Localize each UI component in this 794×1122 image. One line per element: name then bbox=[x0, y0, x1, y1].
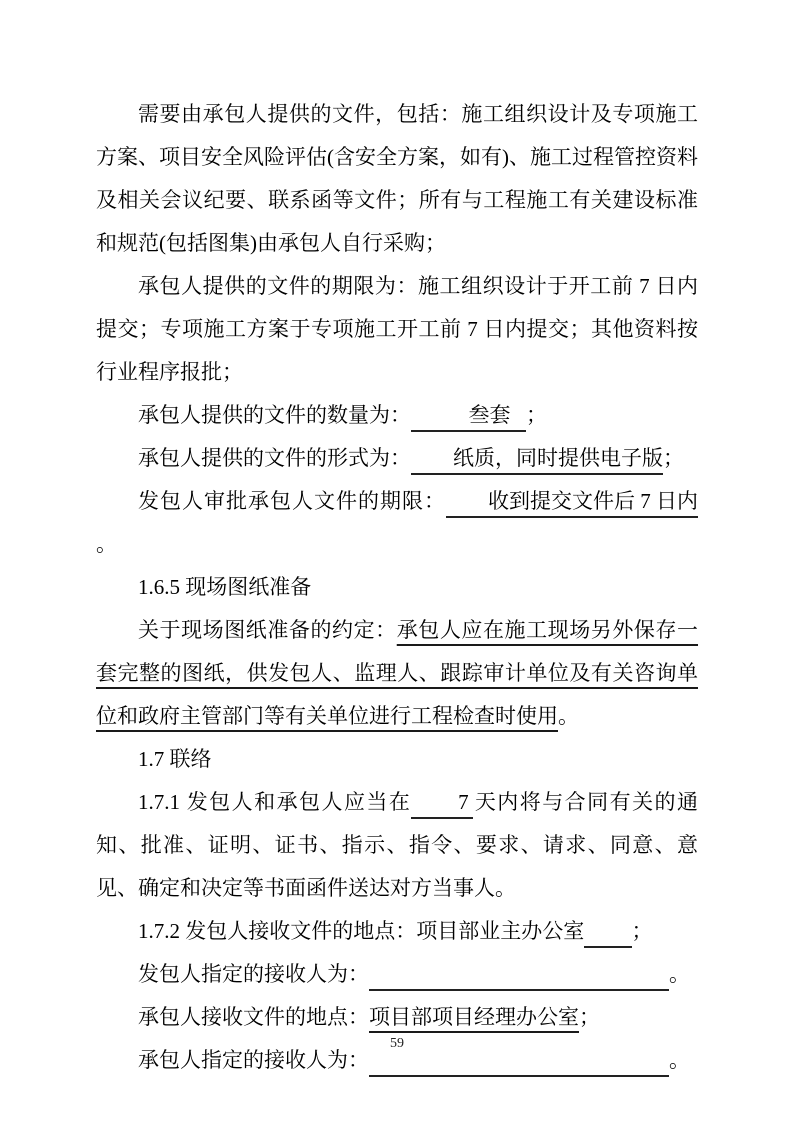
text-run: 1.6.5 现场图纸准备 bbox=[138, 575, 311, 599]
contract-page: 需要由承包人提供的文件，包括：施工组织设计及专项施工方案、项目安全风险评估(含安… bbox=[0, 0, 794, 1122]
line-contractor-receiving-address: 承包人接收文件的地点：项目部项目经理办公室； bbox=[96, 996, 698, 1039]
blank-document-quantity: 叁套 bbox=[411, 401, 526, 432]
para-1-7-1-correspondence-delivery: 1.7.1 发包人和承包人应当在7天内将与合同有关的通知、批准、证明、证书、指示… bbox=[96, 781, 698, 910]
line-employer-approval-period: 发包人审批承包人文件的期限：收到提交文件后 7 日内。 bbox=[96, 480, 698, 566]
text-run: ； bbox=[663, 446, 684, 470]
blank-employer-address-extra bbox=[584, 917, 631, 948]
line-1-7-2-employer-receiving-address: 1.7.2 发包人接收文件的地点：项目部业主办公室 ； bbox=[96, 910, 698, 953]
document-body: 需要由承包人提供的文件，包括：施工组织设计及专项施工方案、项目安全风险评估(含安… bbox=[96, 93, 698, 1082]
page-number: 59 bbox=[0, 1036, 794, 1052]
blank-employer-recipient bbox=[369, 960, 669, 991]
text-run: 承包人提供的文件的形式为： bbox=[138, 446, 411, 470]
para-document-deadline: 承包人提供的文件的期限为：施工组织设计于开工前 7 日内提交；专项施工方案于专项… bbox=[96, 265, 698, 394]
text-run: ； bbox=[579, 1005, 600, 1029]
blank-delivery-days: 7 bbox=[411, 788, 473, 819]
text-run: 发包人指定的接收人为： bbox=[138, 962, 369, 986]
blank-approval-period: 收到提交文件后 7 日内 bbox=[446, 487, 698, 518]
para-site-drawings-agreement: 关于现场图纸准备的约定：承包人应在施工现场另外保存一套完整的图纸，供发包人、监理… bbox=[96, 609, 698, 738]
heading-1-7-liaison: 1.7 联络 bbox=[96, 738, 698, 781]
text-run: 。 bbox=[669, 962, 690, 986]
text-run: 承包人提供的文件的数量为： bbox=[138, 403, 411, 427]
text-run: 。 bbox=[96, 532, 117, 556]
para-contractor-provided-documents: 需要由承包人提供的文件，包括：施工组织设计及专项施工方案、项目安全风险评估(含安… bbox=[96, 93, 698, 265]
blank-document-format: 纸质，同时提供电子版 bbox=[411, 444, 663, 475]
text-run: ； bbox=[526, 403, 547, 427]
text-run: 承包人接收文件的地点： bbox=[138, 1005, 369, 1029]
heading-1-6-5-site-drawings: 1.6.5 现场图纸准备 bbox=[96, 566, 698, 609]
underlined-text: 项目部项目经理办公室 bbox=[369, 1005, 579, 1029]
text-run: 。 bbox=[558, 704, 579, 728]
text-run: 1.7 联络 bbox=[138, 747, 212, 771]
line-document-format: 承包人提供的文件的形式为：纸质，同时提供电子版； bbox=[96, 437, 698, 480]
text-run: ； bbox=[632, 919, 653, 943]
text-run: 1.7.1 发包人和承包人应当在 bbox=[138, 790, 411, 814]
text-run: 关于现场图纸准备的约定： bbox=[138, 618, 397, 642]
text-run: 1.7.2 发包人接收文件的地点：项目部业主办公室 bbox=[138, 919, 584, 943]
text-run: 需要由承包人提供的文件，包括：施工组织设计及专项施工方案、项目安全风险评估(含安… bbox=[96, 102, 698, 255]
text-run: 承包人提供的文件的期限为：施工组织设计于开工前 7 日内提交；专项施工方案于专项… bbox=[96, 274, 698, 384]
text-run: 发包人审批承包人文件的期限： bbox=[138, 489, 446, 513]
line-document-quantity: 承包人提供的文件的数量为：叁套； bbox=[96, 394, 698, 437]
line-employer-designated-recipient: 发包人指定的接收人为： 。 bbox=[96, 953, 698, 996]
